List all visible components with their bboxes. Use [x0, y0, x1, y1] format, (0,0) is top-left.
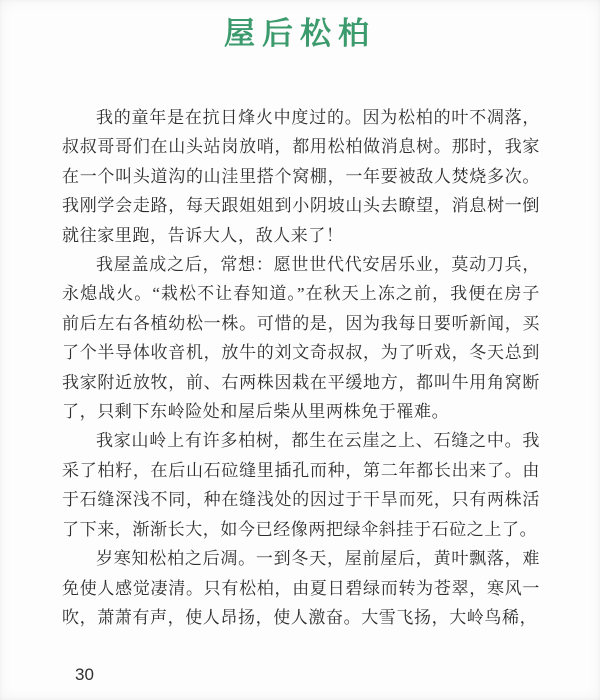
- book-page: 屋后松柏 我的童年是在抗日烽火中度过的。因为松柏的叶不凋落，叔叔哥哥们在山头站岗…: [0, 0, 600, 700]
- paragraph: 岁寒知松柏之后凋。一到冬天，屋前屋后，黄叶飘落，难免使人感觉凄清。只有松柏，由夏…: [62, 544, 540, 632]
- paragraph: 我屋盖成之后，常想：愿世世代代安居乐业，莫动刀兵，永熄战火。“栽松不让春知道。”…: [62, 250, 540, 426]
- essay-body: 我的童年是在抗日烽火中度过的。因为松柏的叶不凋落，叔叔哥哥们在山头站岗放哨，都用…: [62, 103, 540, 632]
- page-number: 30: [75, 665, 94, 685]
- paragraph: 我的童年是在抗日烽火中度过的。因为松柏的叶不凋落，叔叔哥哥们在山头站岗放哨，都用…: [62, 103, 540, 250]
- page-title: 屋后松柏: [0, 8, 600, 53]
- paragraph: 我家山岭上有许多柏树，都生在云崖之上、石缝之中。我采了柏籽，在后山石砬缝里插孔而…: [62, 426, 540, 544]
